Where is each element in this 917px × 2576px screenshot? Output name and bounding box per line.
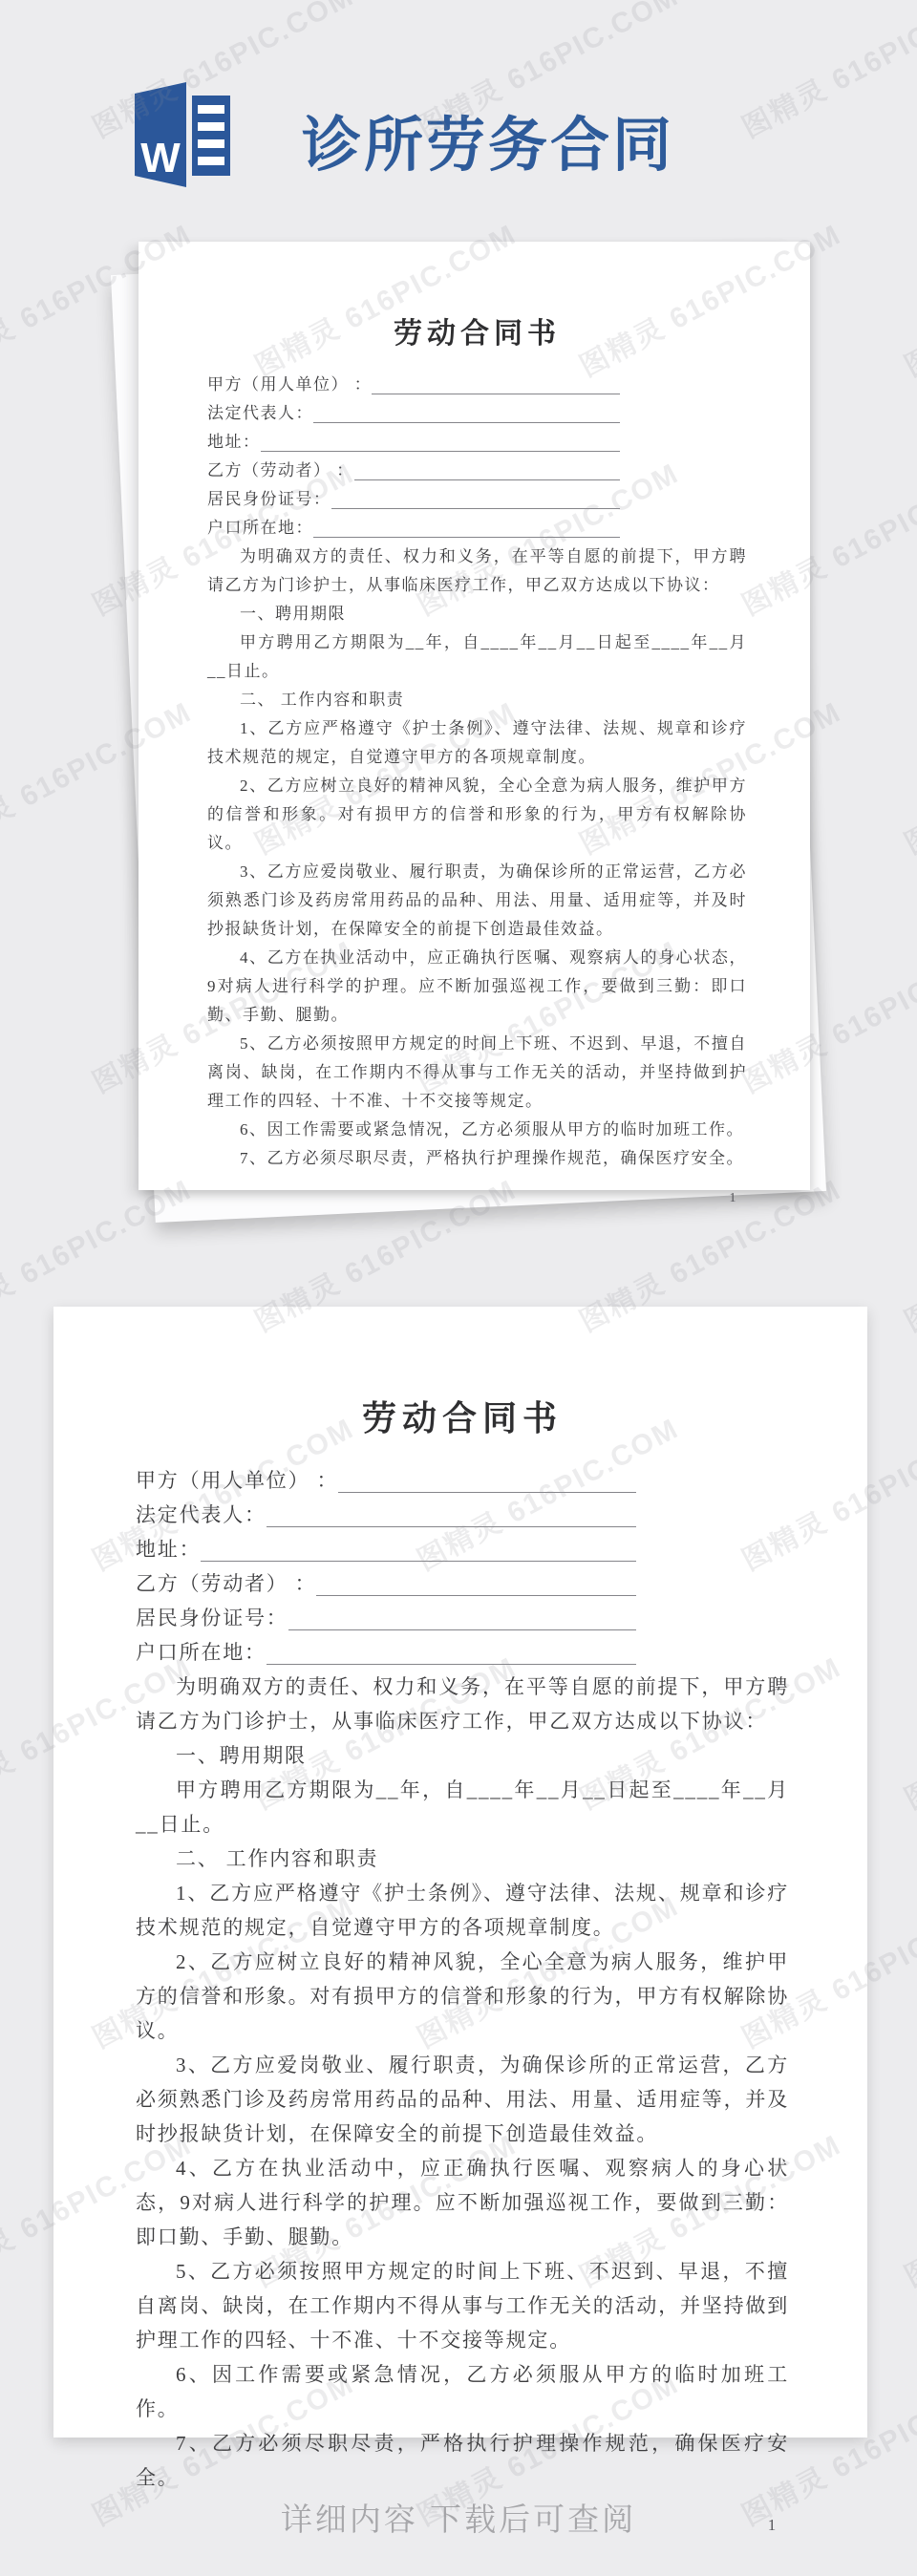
field-label: 乙方（劳动者） ： [136,1566,316,1601]
contract-clause: 5、乙方必须按照甲方规定的时间上下班、不迟到、早退，不擅自离岗、缺岗，在工作期内… [136,2254,789,2357]
field-label: 居民身份证号： [207,485,331,514]
contract-clause: 5、乙方必须按照甲方规定的时间上下班、不迟到、早退，不擅自离岗、缺岗，在工作期内… [207,1030,747,1116]
contract-intro: 为明确双方的责任、权力和义务，在平等自愿的前提下，甲方聘请乙方为门诊护士，从事临… [207,543,747,600]
field-underline [331,508,621,509]
field-underline [267,1526,636,1527]
field-underline [316,1595,636,1596]
contract-field-row: 甲方（用人单位） ： [136,1463,636,1498]
field-label: 居民身份证号： [136,1601,288,1635]
field-underline [354,479,620,480]
svg-text:W: W [140,135,181,181]
contract-section-heading: 二、 工作内容和职责 [136,1842,789,1876]
contract-clause: 2、乙方应树立良好的精神风貌，全心全意为病人服务，维护甲方的信誉和形象。对有损甲… [136,1945,789,2048]
field-underline [338,1492,636,1493]
contract-field-row: 居民身份证号： [136,1601,636,1635]
field-label: 乙方（劳动者） ： [207,457,354,485]
contract-page-preview-small[interactable]: 劳动合同书甲方（用人单位） ：法定代表人：地址：乙方（劳动者） ：居民身份证号：… [139,242,810,1190]
field-label: 甲方（用人单位） ： [136,1463,338,1498]
field-label: 法定代表人： [207,399,313,428]
contract-clause: 7、乙方必须尽职尽责，严格执行护理操作规范，确保医疗安全。 [136,2426,789,2495]
page-title: 诊所劳务合同 [302,97,674,182]
page-number: 1 [207,1184,747,1213]
contract-section-heading: 二、 工作内容和职责 [207,686,747,714]
watermark-text: 图精灵 616PIC.COM [896,1166,917,1340]
contract-field-row: 户口所在地： [136,1635,636,1670]
contract-intro: 为明确双方的责任、权力和义务，在平等自愿的前提下，甲方聘请乙方为门诊护士，从事临… [136,1670,789,1738]
contract-title: 劳动合同书 [207,313,747,355]
contract-clause: 甲方聘用乙方期限为__年，自____年__月__日起至____年__月__日止。 [207,628,747,686]
contract-page-preview-large[interactable]: 劳动合同书甲方（用人单位） ：法定代表人：地址：乙方（劳动者） ：居民身份证号：… [53,1307,867,2438]
field-underline [288,1629,636,1630]
word-icon: W [129,78,236,191]
contract-field-row: 地址： [136,1532,636,1566]
contract-title: 劳动合同书 [136,1393,789,1444]
contract-field-row: 乙方（劳动者） ： [136,1566,636,1601]
page-canvas: W 诊所劳务合同 劳动合同书甲方（用人单位） ：法定代表人：地址：乙方（劳动者）… [0,0,917,2576]
contract-clause: 2、乙方应树立良好的精神风貌，全心全意为病人服务，维护甲方的信誉和形象。对有损甲… [207,772,747,858]
download-note: 详细内容 下载后可查阅 [0,2495,917,2540]
field-underline [267,1664,636,1665]
watermark-text: 图精灵 616PIC.COM [896,2121,917,2295]
field-label: 甲方（用人单位） ： [207,371,372,399]
contract-section-heading: 一、聘用期限 [207,600,747,628]
contract-field-row: 法定代表人： [136,1498,636,1532]
contract-clause: 甲方聘用乙方期限为__年，自____年__月__日起至____年__月__日止。 [136,1773,789,1842]
field-underline [313,537,620,538]
contract-clause: 6、因工作需要或紧急情况，乙方必须服从甲方的临时加班工作。 [136,2357,789,2426]
watermark-text: 图精灵 616PIC.COM [896,1644,917,1818]
watermark-text: 图精灵 616PIC.COM [896,211,917,385]
contract-clause: 4、乙方在执业活动中，应正确执行医嘱、观察病人的身心状态，9对病人进行科学的护理… [136,2151,789,2254]
contract-field-row: 法定代表人： [207,399,620,428]
contract-clause: 1、乙方应严格遵守《护士条例》、遵守法律、法规、规章和诊疗技术规范的规定，自觉遵… [207,714,747,772]
field-underline [372,394,620,394]
field-underline [313,422,620,423]
contract-field-row: 乙方（劳动者） ： [207,457,620,485]
contract-clause: 4、乙方在执业活动中，应正确执行医嘱、观察病人的身心状态，9对病人进行科学的护理… [207,944,747,1030]
contract-clause: 6、因工作需要或紧急情况，乙方必须服从甲方的临时加班工作。 [207,1116,747,1144]
contract-field-row: 户口所在地： [207,514,620,543]
contract-clause: 3、乙方应爱岗敬业、履行职责，为确保诊所的正常运营，乙方必须熟悉门诊及药房常用药… [207,858,747,944]
contract-section-heading: 一、聘用期限 [136,1738,789,1773]
contract-field-row: 居民身份证号： [207,485,620,514]
field-label: 法定代表人： [136,1498,267,1532]
field-underline [201,1561,636,1562]
field-label: 地址： [207,428,261,457]
field-label: 户口所在地： [207,514,313,543]
field-underline [261,451,621,452]
watermark-text: 图精灵 616PIC.COM [896,689,917,862]
field-label: 地址： [136,1532,201,1566]
contract-field-row: 甲方（用人单位） ： [207,371,620,399]
watermark-text: 图精灵 616PIC.COM [734,0,917,146]
field-label: 户口所在地： [136,1635,267,1670]
contract-clause: 1、乙方应严格遵守《护士条例》、遵守法律、法规、规章和诊疗技术规范的规定，自觉遵… [136,1876,789,1945]
contract-field-row: 地址： [207,428,620,457]
contract-clause: 3、乙方应爱岗敬业、履行职责，为确保诊所的正常运营，乙方必须熟悉门诊及药房常用药… [136,2048,789,2151]
contract-clause: 7、乙方必须尽职尽责，严格执行护理操作规范，确保医疗安全。 [207,1144,747,1173]
